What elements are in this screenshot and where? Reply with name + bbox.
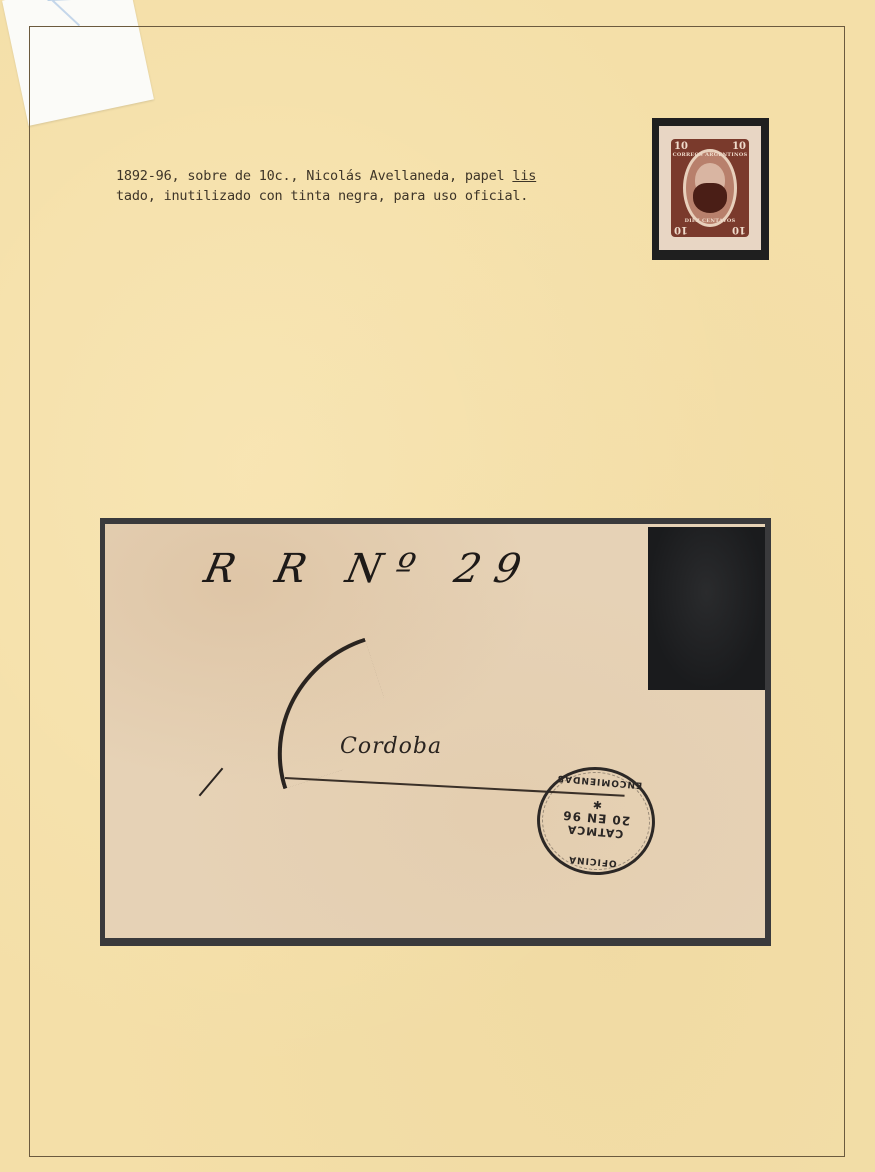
stamp-value-bottom-right: 10	[732, 224, 746, 235]
stamp-value-top-left: 10	[674, 141, 688, 152]
stamp-design: 10 10 10 10 CORREOS ARGENTINOS DIEZ CENT…	[671, 139, 749, 237]
envelope: R R Nº 29 Cordoba OFICINA CATMCA 20 EN 9…	[105, 524, 765, 938]
stamp-value-bottom-left: 10	[674, 224, 688, 235]
registration-number: R R Nº 29	[200, 546, 539, 592]
address-slash-mark	[199, 768, 224, 797]
stamp-value-top-right: 10	[732, 141, 746, 152]
portrait-beard-icon	[693, 183, 727, 213]
page-description: 1892-96, sobre de 10c., Nicolás Avellane…	[116, 166, 636, 206]
black-ink-obliteration	[648, 527, 765, 690]
description-line1-underlined: lis	[512, 168, 536, 184]
pencil-mark-stroke	[49, 0, 80, 26]
description-line2: tado, inutilizado con tinta negra, para …	[116, 188, 528, 204]
address-text: Cordoba	[340, 734, 442, 759]
description-line1: 1892-96, sobre de 10c., Nicolás Avellane…	[116, 168, 512, 184]
address-capital-flourish	[247, 638, 402, 789]
stamp-mount: 10 10 10 10 CORREOS ARGENTINOS DIEZ CENT…	[652, 118, 769, 260]
stamp-bottom-caption: DIEZ CENTAVOS	[671, 218, 749, 224]
stamp-specimen: 10 10 10 10 CORREOS ARGENTINOS DIEZ CENT…	[659, 126, 761, 250]
stamp-top-caption: CORREOS ARGENTINOS	[671, 152, 749, 158]
envelope-mount: R R Nº 29 Cordoba OFICINA CATMCA 20 EN 9…	[100, 518, 771, 946]
